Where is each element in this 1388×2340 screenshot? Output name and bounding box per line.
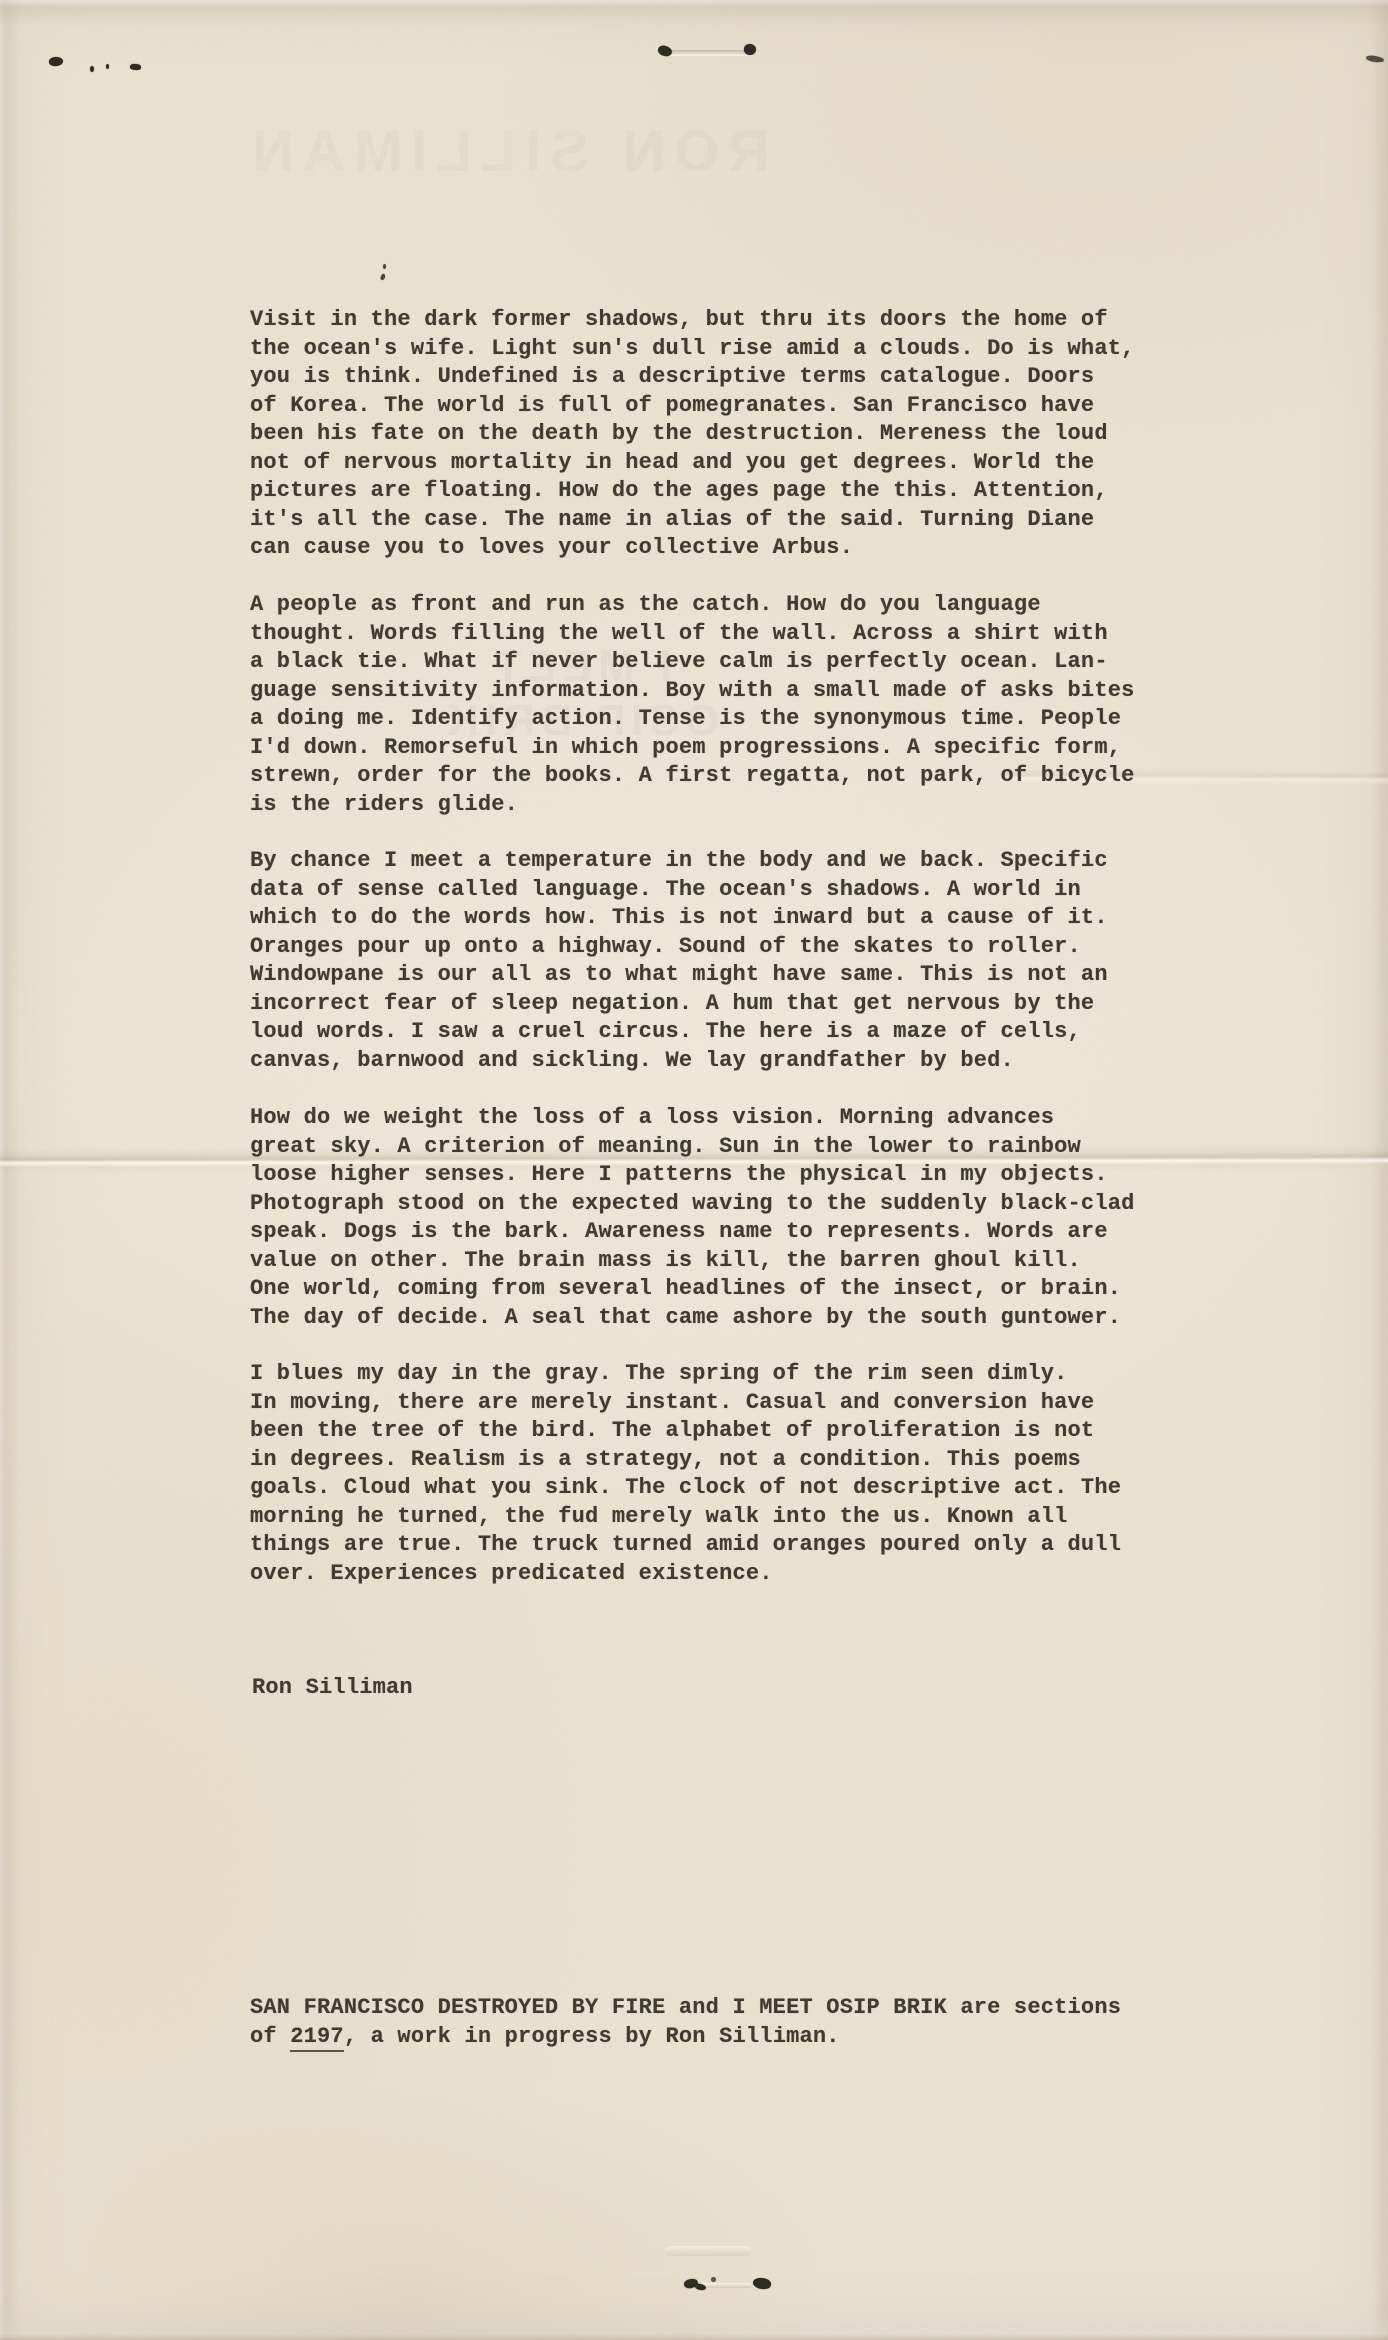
paragraph-5: I blues my day in the gray. The spring o… [250,1360,1121,1588]
ink-speck-top-left-3 [106,64,109,69]
staple-groove-bottom [700,2283,752,2288]
colophon-text-after: , a work in progress by Ron Silliman. [344,2024,840,2049]
paragraph-3: By chance I meet a temperature in the bo… [250,847,1108,1075]
paragraph-2: A people as front and run as the catch. … [250,591,1135,819]
colophon: SAN FRANCISCO DESTROYED BY FIRE and I ME… [250,1994,1121,2051]
work-title-underlined: 2197 [290,2024,344,2052]
paragraph-1: Visit in the dark former shadows, but th… [250,306,1135,563]
author-signature: Ron Silliman [252,1674,413,1703]
typescript-text: Visit in the dark former shadows, but th… [0,0,1388,2340]
ink-speck-above-text-1 [383,264,386,269]
ink-speck-top-left-2 [90,66,94,72]
paragraph-4: How do we weight the loss of a loss visi… [250,1104,1135,1332]
staple-mark-bottom-3 [711,2277,716,2282]
ink-speck-top-left-4 [130,64,141,71]
staple-groove-top [668,50,752,56]
staple-emboss-bottom [665,2246,751,2256]
scanned-typescript-page: RON SILLIMAN I MEET OSIP BRIK Visit in t… [0,0,1388,2340]
